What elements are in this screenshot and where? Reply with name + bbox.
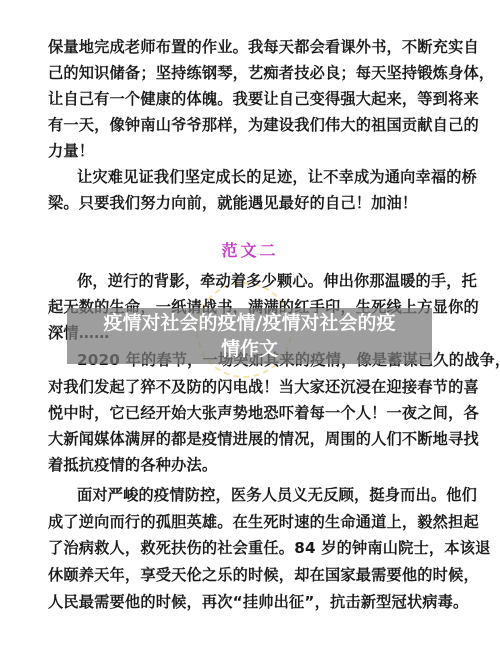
overlay-title-line-2: 情作文 — [67, 336, 432, 362]
text-line: 休颐养天年，享受天伦之乐的时候，却在国家最需要他的时候， — [48, 565, 454, 585]
overlay-title-line-1: 疫情对社会的疫情/疫情对社会的疫 — [67, 310, 432, 336]
text-line: 着抵抗疫情的各种办法。 — [48, 455, 454, 475]
text-line: 有一天，像钟南山爷爷那样，为建设我们伟大的祖国贡献自己的 — [48, 115, 454, 135]
text-line: 你，逆行的背影，牵动着多少颗心。伸出你那温暖的手，托 — [77, 271, 454, 291]
text-line: 对我们发起了猝不及防的闪电战！当大家还沉浸在迎接春节的喜 — [48, 377, 454, 397]
text-line: 成了逆向而行的孤胆英雄。在生死时速的生命通道上，毅然担起 — [48, 512, 454, 532]
text-line: 面对严峻的疫情防控，医务人员义无反顾，挺身而出。他们 — [77, 485, 454, 505]
text-line: 人民最需要他的时候，再次“挂帅出征”，抗击新型冠状病毒。 — [48, 592, 454, 612]
text-line: 让灾难见证我们坚定成长的足迹，让不幸成为通向幸福的桥 — [77, 167, 454, 187]
text-line: 大新闻媒体满屏的都是疫情进展的情况，周围的人们不断地寻找 — [48, 429, 454, 449]
text-line: 梁。只要我们努力向前，就能遇见最好的自己！加油！ — [48, 193, 454, 213]
text-line: 了治病救人，救死扶伤的社会重任。84 岁的钟南山院士，本该退 — [48, 538, 454, 558]
section-heading: 范文二 — [0, 238, 500, 261]
text-line: 保量地完成老师布置的作业。我每天都会看课外书，不断充实自 — [48, 37, 454, 57]
text-line: 让自己有一个健康的体魄。我要让自己变得强大起来，等到将来 — [48, 89, 454, 109]
text-line: 力量！ — [48, 141, 454, 161]
text-line: 悦中时，它已经开始大张声势地恐吓着每一个人！一夜之间，各 — [48, 403, 454, 423]
overlay-title: 疫情对社会的疫情/疫情对社会的疫 情作文 — [67, 308, 432, 362]
text-line: 己的知识储备；坚持练钢琴，艺痴者技必良；每天坚持锻炼身体， — [48, 63, 454, 83]
